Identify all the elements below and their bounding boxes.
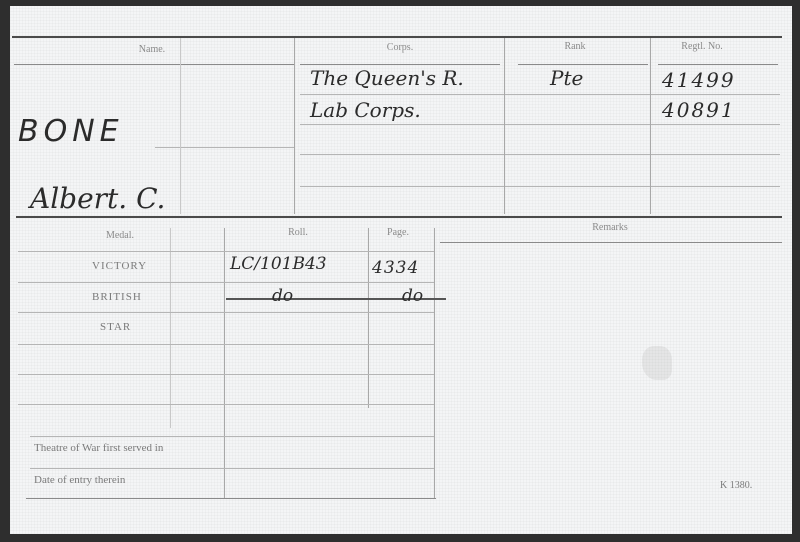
- medal-inner-divider: [170, 228, 171, 428]
- medal-row-line: [30, 436, 434, 437]
- corps-header: Corps.: [387, 42, 413, 53]
- faint-stamp-mark: [642, 346, 672, 380]
- remarks-left-divider: [434, 228, 435, 498]
- name-line: [155, 147, 295, 148]
- medal-bottom-rule: [26, 498, 436, 499]
- medal-name-british: BRITISH: [92, 291, 142, 303]
- medal-top-rule: [16, 216, 782, 218]
- corps-entry-2: Lab Corps.: [310, 98, 421, 122]
- header-underline-regtl: [658, 64, 778, 65]
- col-divider: [504, 38, 505, 214]
- name-header: Name.: [139, 44, 165, 55]
- british-roll: do: [272, 286, 293, 306]
- page-left-divider: [368, 228, 369, 408]
- page-header: Page.: [387, 227, 409, 238]
- british-page: do: [402, 286, 423, 306]
- medal-row-line: [18, 282, 434, 283]
- medal-row-line: [18, 404, 434, 405]
- theatre-label: Theatre of War first served in: [34, 442, 163, 454]
- col-divider: [650, 38, 651, 214]
- medal-row-line: [18, 374, 434, 375]
- surname: BONE: [18, 114, 124, 149]
- roll-header: Roll.: [288, 227, 308, 238]
- regtl-no-entry-2: 40891: [662, 98, 736, 122]
- corps-entry-1: The Queen's R.: [310, 66, 464, 90]
- row-line: [300, 124, 780, 125]
- row-line: [300, 186, 780, 187]
- medal-name-victory: VICTORY: [92, 260, 147, 272]
- medal-name-star: STAR: [100, 321, 131, 333]
- remarks-header: Remarks: [592, 222, 628, 233]
- rank-entry-1: Pte: [550, 66, 583, 90]
- forename: Albert. C.: [30, 182, 165, 215]
- entry-date-label: Date of entry therein: [34, 474, 125, 486]
- medal-row-line: [18, 251, 434, 252]
- medal-row-line: [18, 344, 434, 345]
- header-underline-corps: [300, 64, 500, 65]
- regtl-no-header: Regtl. No.: [681, 41, 722, 52]
- rank-header: Rank: [564, 41, 585, 52]
- medal-row-line: [30, 468, 434, 469]
- form-number: K 1380.: [720, 480, 752, 491]
- col-divider: [294, 38, 295, 214]
- regtl-no-entry-1: 41499: [662, 68, 736, 92]
- row-line: [300, 154, 780, 155]
- victory-page: 4334: [372, 258, 419, 278]
- medal-row-line: [18, 312, 434, 313]
- medal-index-card: Name. Corps. Rank Regtl. No. BONE Albert…: [10, 6, 792, 534]
- top-rule: [12, 36, 782, 38]
- header-underline-rank: [518, 64, 648, 65]
- header-underline-name: [14, 64, 294, 65]
- roll-left-divider: [224, 228, 225, 498]
- row-line: [300, 94, 780, 95]
- remarks-underline: [440, 242, 782, 243]
- victory-roll: LC/101B43: [230, 254, 327, 274]
- col-divider: [180, 38, 181, 214]
- medal-header: Medal.: [106, 230, 134, 241]
